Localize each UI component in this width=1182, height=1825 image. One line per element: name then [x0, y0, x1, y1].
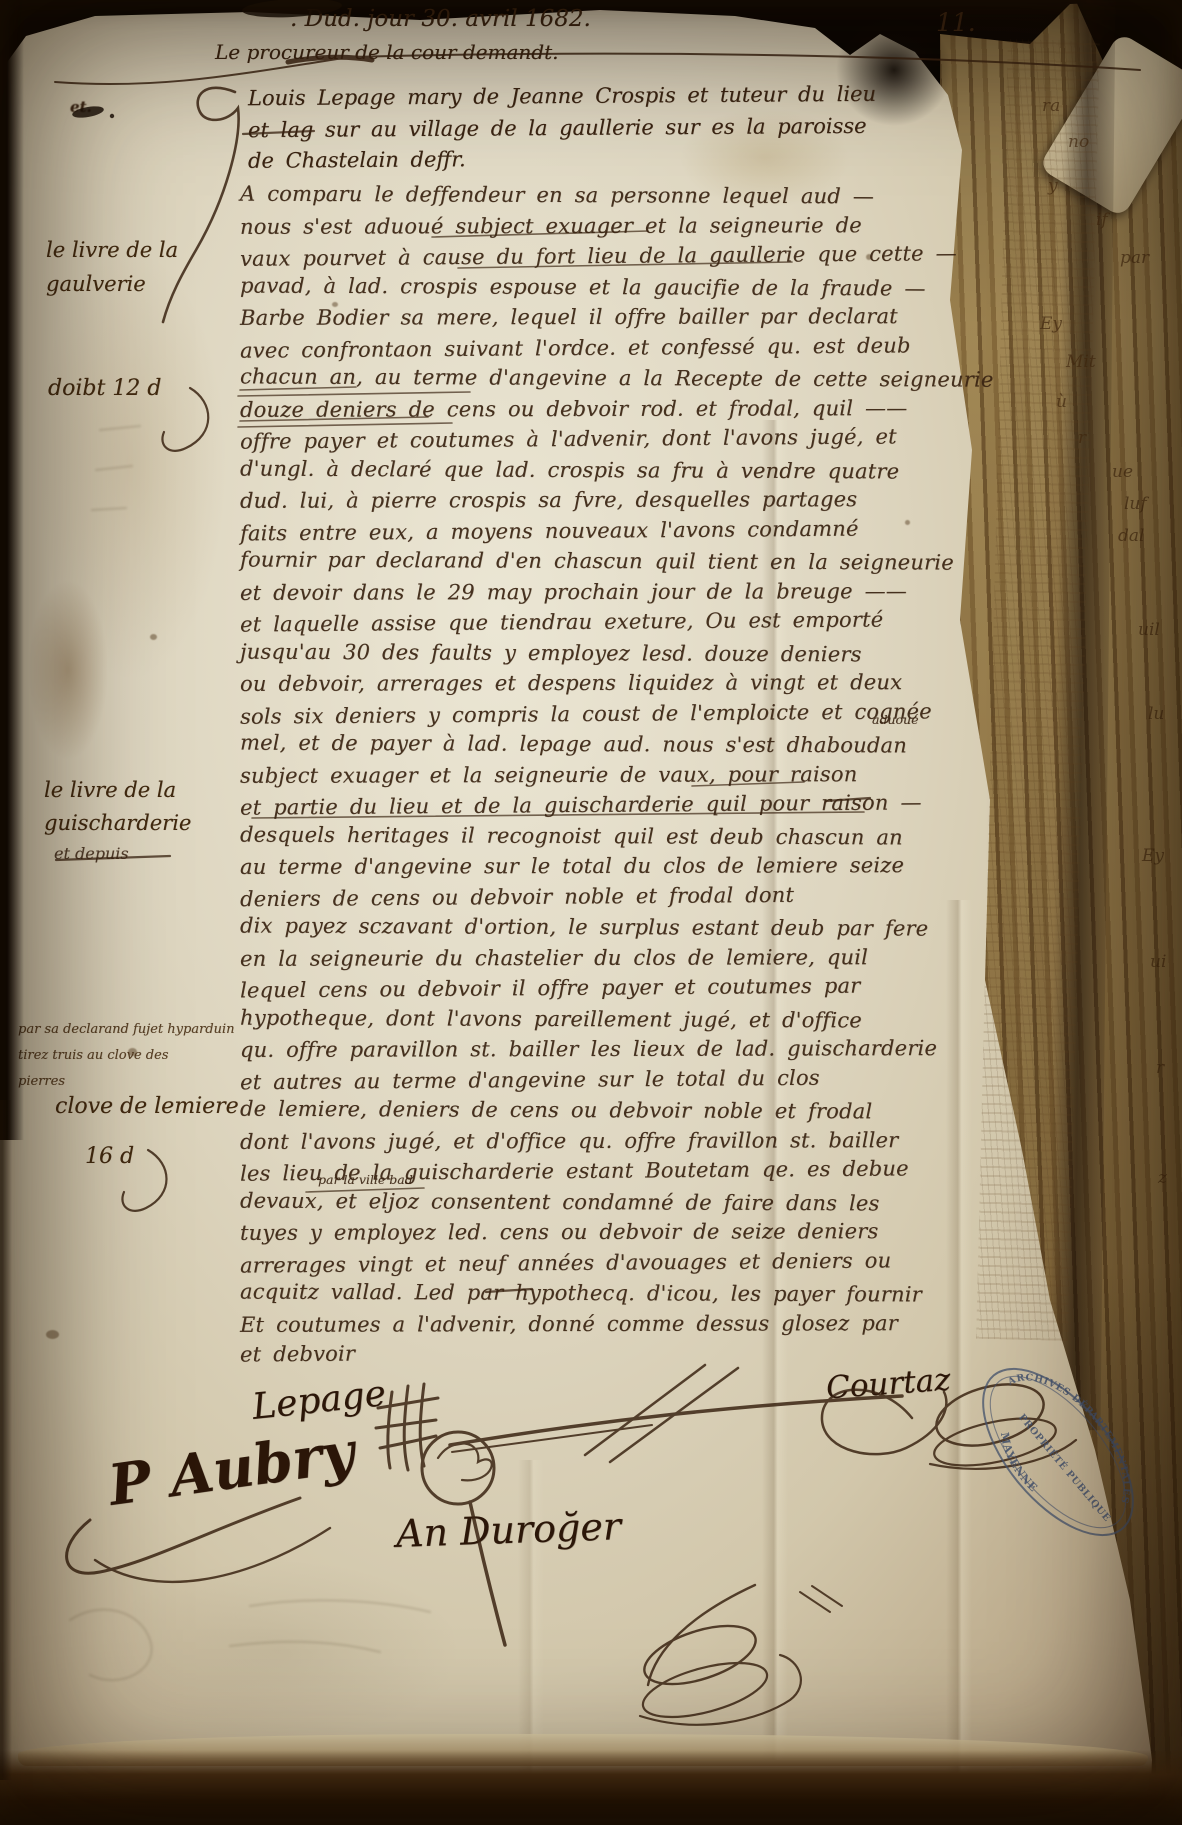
ink-spot: [46, 1330, 59, 1339]
body-line: et autres au terme d'angevine sur le tot…: [240, 1065, 820, 1094]
interline-note: par la ville bad: [318, 1172, 413, 1187]
body-line: et devoir dans le 29 may prochain jour d…: [240, 579, 907, 605]
margin-note-guischarderie: le livre de la: [44, 778, 176, 802]
body-line: jusqu'au 30 des faults y employez lesd. …: [240, 639, 862, 666]
margin-note-16d: 16 d: [85, 1144, 134, 1169]
body-line: d'ungl. à declaré que lad. crospis sa fr…: [240, 456, 899, 483]
body-line: faits entre eux, a moyens nouveaux l'avo…: [240, 516, 859, 545]
edge-text-fragment: ù: [1056, 392, 1067, 412]
edge-text-fragment: Mit: [1066, 352, 1096, 372]
margin-note-gaulverie: gaulverie: [46, 272, 146, 296]
body-line: dud. lui, à pierre crospis sa fvre, desq…: [240, 487, 857, 513]
paper-stain: [36, 250, 226, 680]
body-line: acquitz vallad. Led par hypothecq. d'ico…: [240, 1280, 922, 1307]
edge-text-fragment: uil: [1138, 620, 1160, 640]
body-line: lequel cens ou debvoir il offre payer et…: [240, 974, 861, 1003]
manuscript-page: ranoyifparEyMitùruelufdaluilluEyuirz . D…: [0, 0, 1182, 1825]
interline-note: aduoué: [872, 712, 918, 727]
page-left-edge: [0, 1100, 12, 1780]
body-line: arrerages vingt et neuf années d'avouage…: [240, 1248, 891, 1277]
show-through-stain: [100, 1560, 460, 1740]
intro-line: Louis Lepage mary de Jeanne Crospis et t…: [248, 82, 876, 110]
edge-text-fragment: y: [1048, 176, 1058, 196]
body-line: douze deniers de cens ou debvoir rod. et…: [240, 396, 907, 422]
body-line: et debvoir: [240, 1342, 355, 1367]
body-line: Barbe Bodier sa mere, lequel il offre ba…: [240, 304, 898, 330]
torn-corner-shadow: [836, 14, 952, 126]
body-line: nous s'est aduoué subject exuager et la …: [240, 213, 862, 239]
body-line: pavad, à lad. crospis espouse et la gauc…: [240, 273, 926, 300]
body-line: avec confrontaon suivant l'ordce. et con…: [240, 333, 911, 362]
margin-note-small: pierres: [18, 1074, 65, 1089]
intro-line: de Chastelain deffr.: [248, 147, 466, 173]
body-line: de lemiere, deniers de cens ou debvoir n…: [240, 1097, 872, 1124]
edge-text-fragment: lu: [1148, 704, 1164, 724]
body-line: dix payez sczavant d'ortion, le surplus …: [240, 913, 928, 940]
body-line: au terme d'angevine sur le total du clos…: [240, 853, 904, 879]
margin-note-doibt-12d: doibt 12 d: [48, 376, 161, 401]
body-line: deniers de cens ou debvoir noble et frod…: [240, 882, 794, 910]
body-line: Et coutumes a l'advenir, donné comme des…: [240, 1311, 898, 1337]
body-line: dont l'avons jugé, et d'office qu. offre…: [240, 1128, 898, 1154]
body-line: desquels heritages il recognoist quil es…: [240, 822, 903, 849]
body-line: et laquelle assise que tiendrau exeture,…: [240, 607, 883, 636]
edge-text-fragment: Ey: [1040, 314, 1062, 334]
edge-text-fragment: r: [1078, 428, 1086, 448]
edge-text-fragment: ra: [1042, 96, 1060, 116]
edge-text-fragment: no: [1068, 132, 1089, 152]
body-line: A comparu le deffendeur en sa personne l…: [240, 182, 874, 209]
margin-note-clos-lemiere: clove de lemiere: [55, 1094, 239, 1119]
ink-spot: [905, 520, 910, 525]
body-line: qu. offre paravillon st. bailler les lie…: [240, 1036, 937, 1062]
margin-note-small: tirez truis au clove des: [18, 1048, 168, 1063]
page-number: 11.: [936, 8, 976, 37]
case-subheader: Le procureur de la cour demandt.: [215, 40, 558, 64]
margin-note-gaulverie: le livre de la: [46, 238, 178, 262]
paper-crease: [946, 900, 972, 1800]
edge-text-fragment: if: [1096, 210, 1108, 230]
margin-note-guischarderie: guischarderie: [44, 811, 191, 835]
body-line: hypotheque, dont l'avons pareillement ju…: [240, 1005, 862, 1032]
body-line: tuyes y employez led. cens ou debvoir de…: [240, 1219, 878, 1245]
body-line: chacun an, au terme d'angevine a la Rece…: [240, 364, 994, 391]
margin-note-struck: et depuis: [54, 844, 129, 863]
edge-text-fragment: par: [1120, 248, 1149, 268]
edge-text-fragment: r: [1156, 1058, 1164, 1078]
ink-spot: [150, 634, 157, 640]
body-line: en la seigneurie du chastelier du clos d…: [240, 945, 868, 971]
page-date: . Dud. jour 30. avril 1682.: [290, 6, 591, 32]
edge-text-fragment: Ey: [1142, 846, 1164, 866]
page-left-edge: [0, 0, 24, 1140]
edge-text-fragment: luf: [1124, 494, 1147, 514]
body-line: sols six deniers y compris la coust de l…: [240, 699, 932, 728]
body-line: mel, et de payer à lad. lepage aud. nous…: [240, 731, 907, 758]
body-line: fournir par declarand d'en chascun quil …: [240, 547, 954, 574]
intro-line: et lag sur au village de la gaullerie su…: [248, 114, 867, 142]
binding-bottom-edge: [0, 1750, 1182, 1825]
edge-text-fragment: z: [1158, 1168, 1167, 1188]
paper-stain: [28, 580, 108, 760]
edge-text-fragment: ue: [1112, 462, 1133, 482]
signature-duroger: An Duroğer: [395, 1504, 621, 1556]
body-line: subject exuager et la seigneurie de vaux…: [240, 762, 857, 788]
edge-text-fragment: dal: [1118, 526, 1144, 546]
margin-note-small: par sa declarand fujet hyparduin: [18, 1022, 234, 1037]
margin-blot: et.: [70, 98, 92, 116]
body-line: devaux, et eljoz consentent condamné de …: [240, 1188, 880, 1215]
edge-text-fragment: ui: [1150, 952, 1166, 972]
body-line: ou debvoir, arrerages et despens liquide…: [240, 670, 902, 696]
